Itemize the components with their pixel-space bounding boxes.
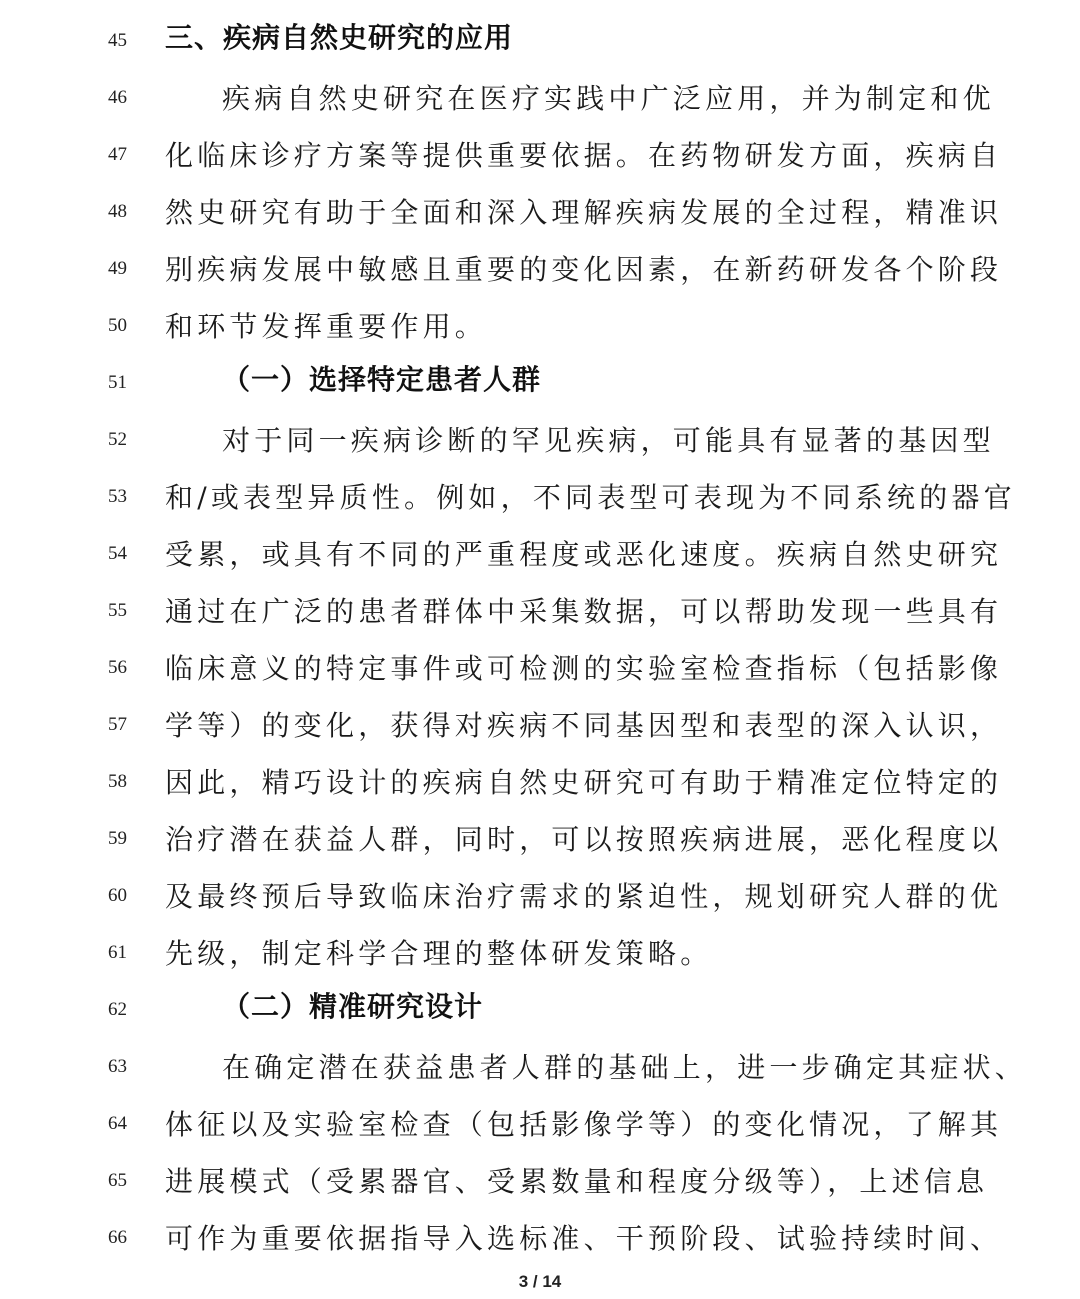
line-63: 63 在确定潜在获益患者人群的基础上，进一步确定其症状、 <box>0 1040 1080 1096</box>
line-number: 59 <box>108 828 136 850</box>
line-62: 62 （二）精准研究设计 <box>0 983 1080 1039</box>
paragraph-text: 和环节发挥重要作用。 <box>165 305 487 345</box>
line-number: 57 <box>108 714 136 736</box>
paragraph-text: 先级，制定科学合理的整体研发策略。 <box>165 932 712 972</box>
line-60: 60 及最终预后导致临床治疗需求的紧迫性，规划研究人群的优 <box>0 869 1080 925</box>
paragraph-text: 在确定潜在获益患者人群的基础上，进一步确定其症状、 <box>222 1046 1027 1086</box>
paragraph-text: 因此，精巧设计的疾病自然史研究可有助于精准定位特定的 <box>165 761 1002 801</box>
line-47: 47 化临床诊疗方案等提供重要依据。在药物研发方面，疾病自 <box>0 128 1080 184</box>
line-51: 51 （一）选择特定患者人群 <box>0 356 1080 412</box>
line-58: 58 因此，精巧设计的疾病自然史研究可有助于精准定位特定的 <box>0 755 1080 811</box>
line-number: 55 <box>108 600 136 622</box>
line-55: 55 通过在广泛的患者群体中采集数据，可以帮助发现一些具有 <box>0 584 1080 640</box>
line-number: 64 <box>108 1113 136 1135</box>
line-56: 56 临床意义的特定事件或可检测的实验室检查指标（包括影像 <box>0 641 1080 697</box>
paragraph-text: 化临床诊疗方案等提供重要依据。在药物研发方面，疾病自 <box>165 134 1002 174</box>
line-57: 57 学等）的变化，获得对疾病不同基因型和表型的深入认识， <box>0 698 1080 754</box>
line-50: 50 和环节发挥重要作用。 <box>0 299 1080 355</box>
line-number: 49 <box>108 258 136 280</box>
paragraph-text: 通过在广泛的患者群体中采集数据，可以帮助发现一些具有 <box>165 590 1002 630</box>
line-number: 63 <box>108 1056 136 1078</box>
paragraph-text: 别疾病发展中敏感且重要的变化因素，在新药研发各个阶段 <box>165 248 1002 288</box>
line-number: 61 <box>108 942 136 964</box>
paragraph-text: 可作为重要依据指导入选标准、干预阶段、试验持续时间、 <box>165 1217 1002 1257</box>
line-54: 54 受累，或具有不同的严重程度或恶化速度。疾病自然史研究 <box>0 527 1080 583</box>
line-number: 54 <box>108 543 136 565</box>
line-48: 48 然史研究有助于全面和深入理解疾病发展的全过程，精准识 <box>0 185 1080 241</box>
line-65: 65 进展模式（受累器官、受累数量和程度分级等），上述信息 <box>0 1154 1080 1210</box>
line-number: 45 <box>108 30 136 52</box>
line-number: 65 <box>108 1170 136 1192</box>
document-page: 45 三、疾病自然史研究的应用 46 疾病自然史研究在医疗实践中广泛应用，并为制… <box>0 0 1080 1299</box>
line-59: 59 治疗潜在获益人群，同时，可以按照疾病进展，恶化程度以 <box>0 812 1080 868</box>
line-49: 49 别疾病发展中敏感且重要的变化因素，在新药研发各个阶段 <box>0 242 1080 298</box>
line-number: 60 <box>108 885 136 907</box>
paragraph-text: 及最终预后导致临床治疗需求的紧迫性，规划研究人群的优 <box>165 875 1002 915</box>
line-53: 53 和/或表型异质性。例如，不同表型可表现为不同系统的器官 <box>0 470 1080 526</box>
paragraph-text: 临床意义的特定事件或可检测的实验室检查指标（包括影像 <box>165 647 1002 687</box>
line-number: 50 <box>108 315 136 337</box>
section-heading: 三、疾病自然史研究的应用 <box>165 16 513 56</box>
line-66: 66 可作为重要依据指导入选标准、干预阶段、试验持续时间、 <box>0 1211 1080 1267</box>
subsection-heading: （二）精准研究设计 <box>222 985 483 1025</box>
line-number: 46 <box>108 87 136 109</box>
paragraph-text: 治疗潜在获益人群，同时，可以按照疾病进展，恶化程度以 <box>165 818 1002 858</box>
paragraph-text: 和/或表型异质性。例如，不同表型可表现为不同系统的器官 <box>165 476 1016 516</box>
line-number: 51 <box>108 372 136 394</box>
paragraph-text: 受累，或具有不同的严重程度或恶化速度。疾病自然史研究 <box>165 533 1002 573</box>
line-number: 53 <box>108 486 136 508</box>
line-46: 46 疾病自然史研究在医疗实践中广泛应用，并为制定和优 <box>0 71 1080 127</box>
paragraph-text: 体征以及实验室检查（包括影像学等）的变化情况，了解其 <box>165 1103 1002 1143</box>
line-number: 56 <box>108 657 136 679</box>
line-number: 48 <box>108 201 136 223</box>
line-45: 45 三、疾病自然史研究的应用 <box>0 14 1080 70</box>
line-52: 52 对于同一疾病诊断的罕见疾病，可能具有显著的基因型 <box>0 413 1080 469</box>
line-number: 58 <box>108 771 136 793</box>
paragraph-text: 学等）的变化，获得对疾病不同基因型和表型的深入认识， <box>165 704 1002 744</box>
line-number: 62 <box>108 999 136 1021</box>
paragraph-text: 疾病自然史研究在医疗实践中广泛应用，并为制定和优 <box>222 77 995 117</box>
paragraph-text: 对于同一疾病诊断的罕见疾病，可能具有显著的基因型 <box>222 419 995 459</box>
paragraph-text: 进展模式（受累器官、受累数量和程度分级等），上述信息 <box>165 1160 988 1200</box>
subsection-heading: （一）选择特定患者人群 <box>222 358 541 398</box>
line-61: 61 先级，制定科学合理的整体研发策略。 <box>0 926 1080 982</box>
line-number: 66 <box>108 1227 136 1249</box>
line-number: 52 <box>108 429 136 451</box>
page-indicator: 3 / 14 <box>0 1272 1080 1292</box>
line-number: 47 <box>108 144 136 166</box>
line-64: 64 体征以及实验室检查（包括影像学等）的变化情况，了解其 <box>0 1097 1080 1153</box>
paragraph-text: 然史研究有助于全面和深入理解疾病发展的全过程，精准识 <box>165 191 1002 231</box>
